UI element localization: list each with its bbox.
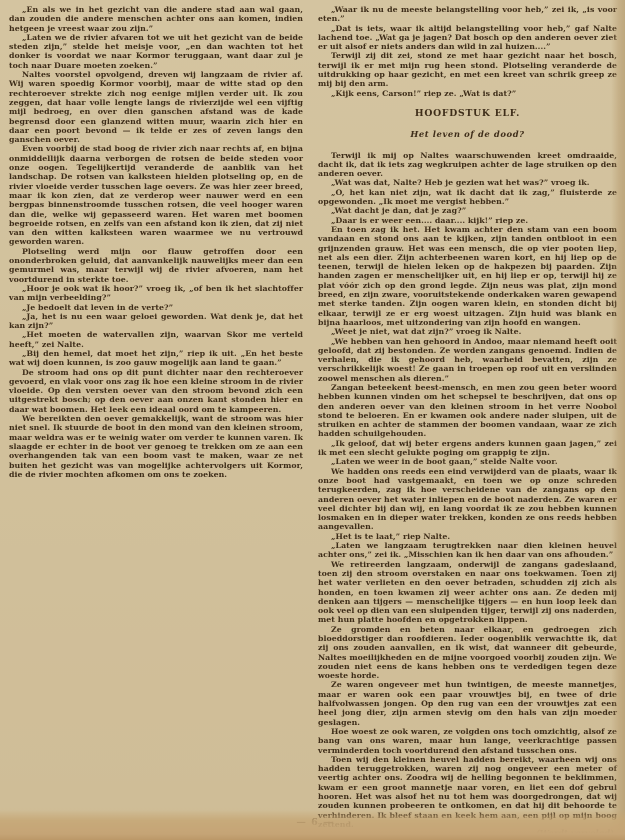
paragraph: „En als we in het gezicht van die andere… [9,5,303,33]
paragraph: „Ja, het is nu een waar geloei geworden.… [9,312,303,331]
scanned-magazine-page: „En als we in het gezicht van die andere… [0,0,625,840]
paragraph: „Kijk eens, Carson!” riep ze. „Wat is da… [318,89,617,98]
paragraph: „O, het kan niet zijn, wat ik dacht dat … [318,188,617,207]
paragraph: „Laten we de rivier afvaren tot we uit h… [9,33,303,70]
paragraph: „Wat was dat, Nalte? Heb je gezien wat h… [318,178,617,187]
page-bottom-edge [0,810,625,840]
paragraph: „Wat dacht je dan, dat je zag?” [318,206,617,215]
paragraph: „Weet je niet, wat dat zijn?” vroeg ik N… [318,327,617,336]
paragraph: De stroom had ons op dit punt dichter na… [9,368,303,414]
page-right-edge [611,0,625,840]
paragraph: Plotseling werd mijn oor flauw getroffen… [9,247,303,284]
paragraph: „Ik geloof, dat wij beter ergens anders … [318,439,617,458]
paragraph: „Het is te laat,” riep Nalte. [318,532,617,541]
paragraph: „Het moeten de watervallen zijn, waarvan… [9,330,303,349]
left-column: „En als we in het gezicht van die andere… [9,5,303,479]
paragraph: „We hebben van hen gehoord in Andoo, maa… [318,337,617,383]
paragraph: Zangan beteekent beest-mensch, en men zo… [318,383,617,439]
paragraph: Even voorbij de stad boog de rivier zich… [9,144,303,246]
paragraph: Ze waren ongeveer met hun twintigen, de … [318,680,617,726]
paragraph: „Hoor je ook wat ik hoor?” vroeg ik, „of… [9,284,303,303]
paragraph: Naltes voorstel opvolgend, dreven wij la… [9,70,303,144]
paragraph: „Daar is er weer een.... daar.... kijk!”… [318,216,617,225]
paragraph: Terwijl ik mij op Naltes waarschuwenden … [318,151,617,179]
chapter-heading: HOOFDSTUK ELF. [318,109,617,118]
paragraph: „Bij den hemel, dat moet het zijn,” riep… [9,349,303,368]
paragraph: En toen zag ik het. Het kwam achter den … [318,225,617,327]
paragraph: „Laten we weer in de boot gaan,” stelde … [318,457,617,466]
paragraph: Terwijl zij dit zei, stond ze met haar g… [318,51,617,88]
paragraph: „Waar ik nu de meeste belangstelling voo… [318,5,617,24]
paragraph: Hoe woest ze ook waren, ze volgden ons t… [318,727,617,755]
paragraph: „Dat is iets, waar ik altijd belangstell… [318,24,617,52]
chapter-subtitle: Het leven of de dood? [318,130,617,139]
right-column: „Waar ik nu de meeste belangstelling voo… [318,5,617,839]
paragraph: „Laten we langzaam terugtrekken naar die… [318,541,617,560]
paragraph: We hadden ons reeds een eind verwijderd … [318,467,617,532]
paragraph: Ze gromden en beten naar elkaar, en gedr… [318,625,617,681]
paragraph: We retireerden langzaam, onderwijl de za… [318,560,617,625]
paragraph: We bereikten den oever gemakkelijk, want… [9,414,303,479]
paragraph: „Je bedoelt dat leven in de verte?” [9,303,303,312]
